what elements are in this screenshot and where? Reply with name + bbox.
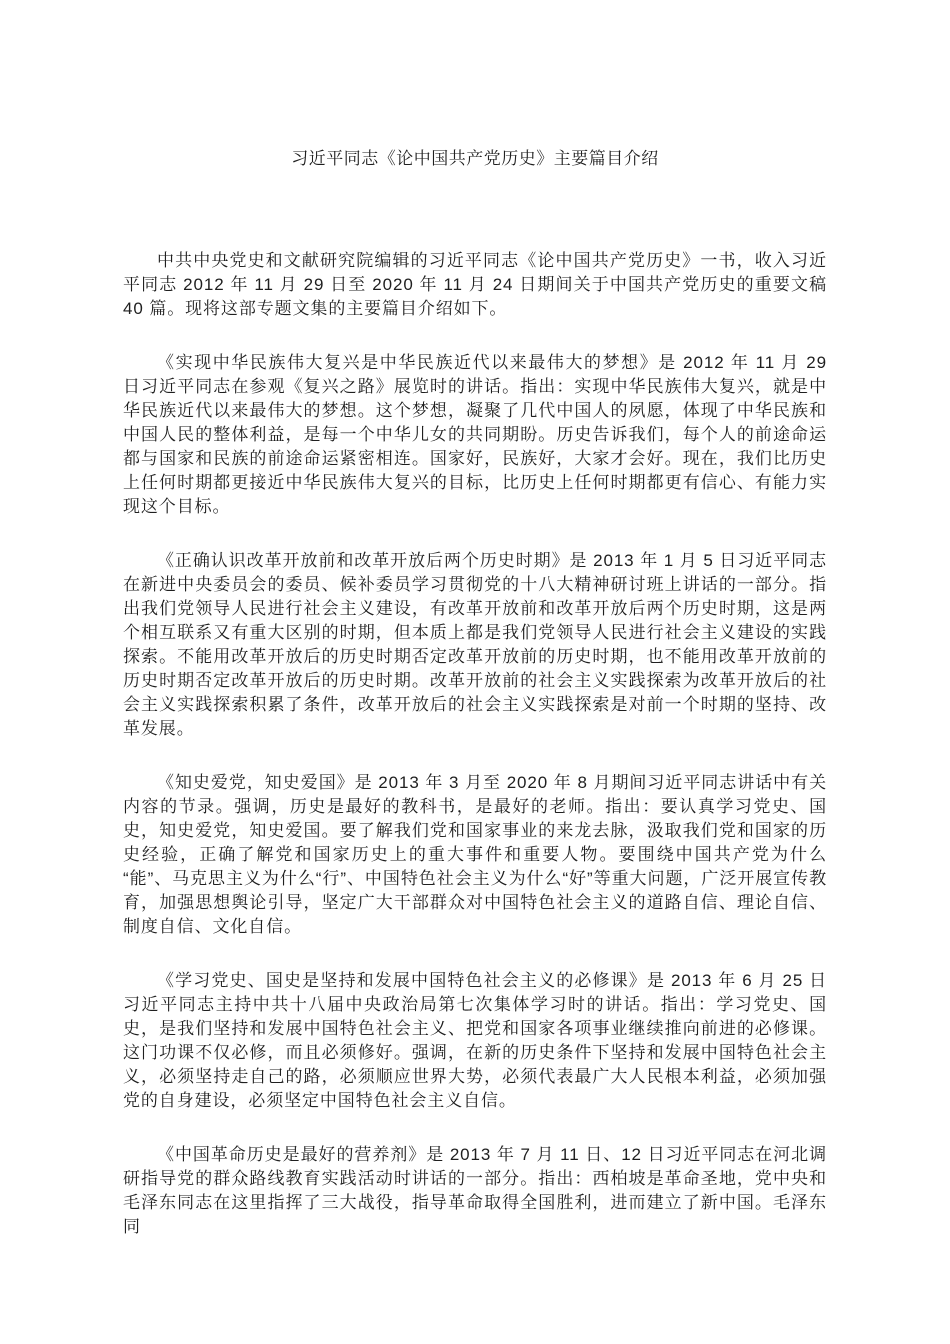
paragraph-best-nutrient: 《中国革命历史是最好的营养剂》是 2013 年 7 月 11 日、12 日习近平… [123, 1143, 827, 1239]
document-title: 习近平同志《论中国共产党历史》主要篇目介绍 [123, 147, 827, 171]
paragraph-required-course: 《学习党史、国史是坚持和发展中国特色社会主义的必修课》是 2013 年 6 月 … [123, 969, 827, 1113]
paragraph-intro: 中共中央党史和文献研究院编辑的习近平同志《论中国共产党历史》一书，收入习近平同志… [123, 249, 827, 321]
paragraph-two-historical-periods: 《正确认识改革开放前和改革开放后两个历史时期》是 2013 年 1 月 5 日习… [123, 549, 827, 741]
document-page: 习近平同志《论中国共产党历史》主要篇目介绍 中共中央党史和文献研究院编辑的习近平… [0, 0, 950, 1344]
paragraph-great-rejuvenation-dream: 《实现中华民族伟大复兴是中华民族近代以来最伟大的梦想》是 2012 年 11 月… [123, 351, 827, 519]
paragraph-know-history-love-party: 《知史爱党，知史爱国》是 2013 年 3 月至 2020 年 8 月期间习近平… [123, 771, 827, 939]
